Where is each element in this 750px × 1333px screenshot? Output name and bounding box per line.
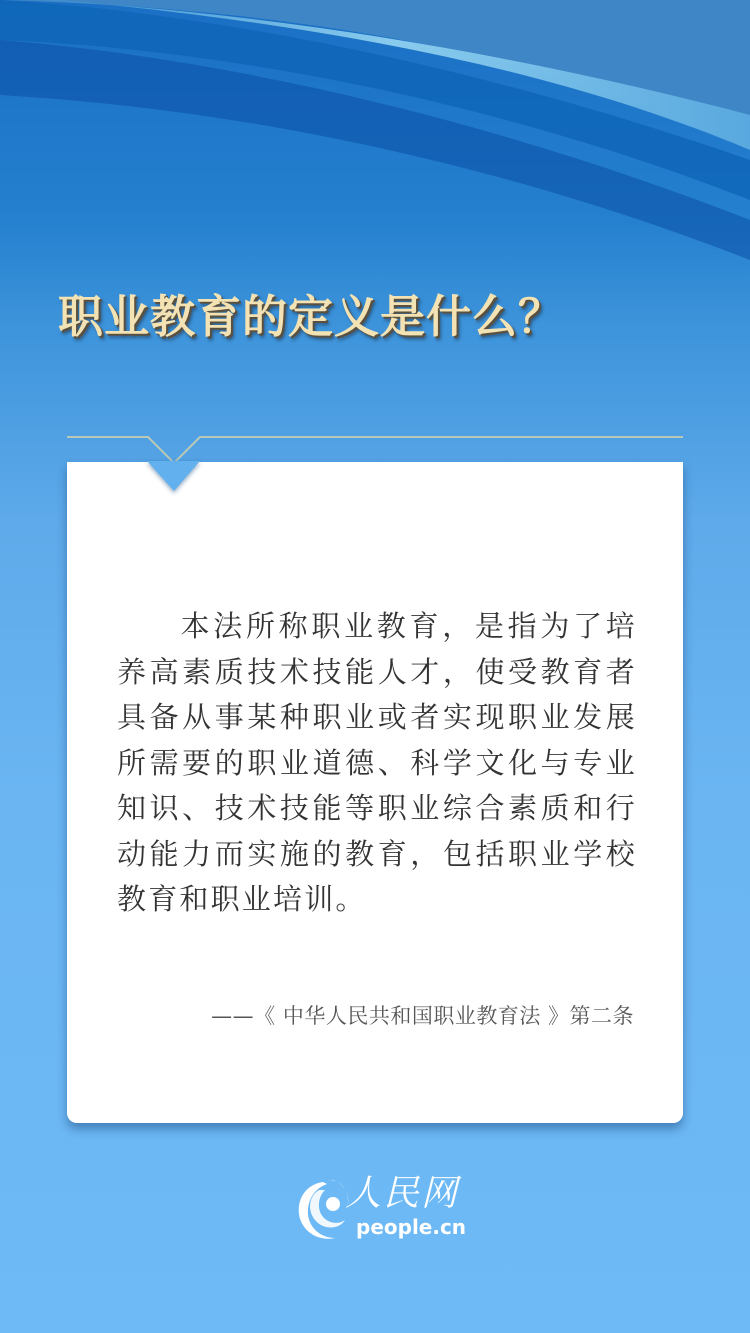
logo-name: 人民网 (345, 1165, 459, 1216)
background-waves (0, 0, 750, 300)
logo-url-text: people.cn (356, 1215, 466, 1239)
definition-text: 本法所称职业教育，是指为了培养高素质技术技能人才，使受教育者具备从事某种职业或者… (117, 604, 637, 923)
definition-body: 本法所称职业教育，是指为了培养高素质技术技能人才，使受教育者具备从事某种职业或者… (117, 609, 637, 916)
source-citation: ——《 中华人民共和国职业教育法 》第二条 (211, 1000, 634, 1030)
page-title: 职业教育的定义是什么？ (58, 280, 564, 345)
